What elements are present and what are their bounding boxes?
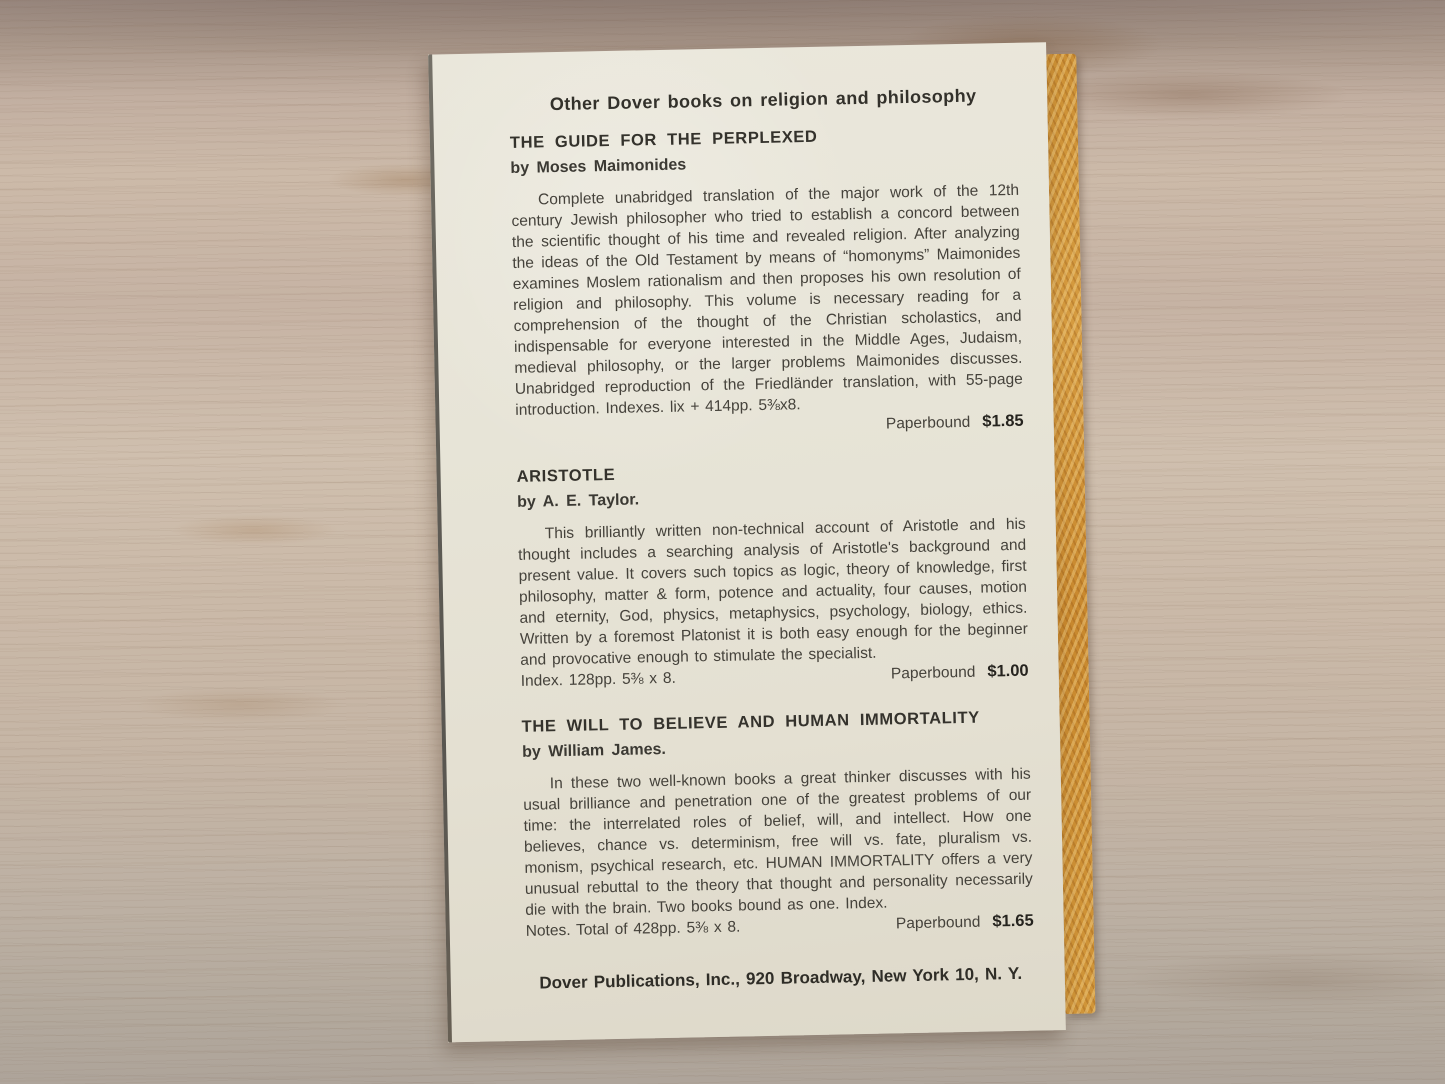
binding-label: Paperbound <box>886 414 971 433</box>
price-value: $1.00 <box>987 662 1029 681</box>
publisher-line: Dover Publications, Inc., 920 Broadway, … <box>527 964 1035 994</box>
listing-description: Complete unabridged translation of the m… <box>511 180 1024 421</box>
listing-description: This brilliantly written non-technical a… <box>518 514 1029 671</box>
cover-heading: Other Dover books on religion and philos… <box>509 85 1017 116</box>
price-value: $1.65 <box>992 912 1034 931</box>
photo-scene: Other Dover books on religion and philos… <box>0 0 1445 1084</box>
book-listing-aristotle: ARISTOTLE by A. E. Taylor. This brillian… <box>516 458 1028 692</box>
price-value: $1.85 <box>982 412 1024 431</box>
listing-description: In these two well-known books a great th… <box>523 764 1034 921</box>
listing-title: THE GUIDE FOR THE PERPLEXED <box>510 124 1018 153</box>
book-listing-will-to-believe: THE WILL TO BELIEVE AND HUMAN IMMORTALIT… <box>521 708 1033 942</box>
listing-title: THE WILL TO BELIEVE AND HUMAN IMMORTALIT… <box>521 708 1029 737</box>
cover-surface: Other Dover books on religion and philos… <box>428 42 1066 1042</box>
binding-label: Paperbound <box>896 914 981 933</box>
price-group: Paperbound$1.00 <box>891 661 1029 685</box>
book-listing-guide-for-the-perplexed: THE GUIDE FOR THE PERPLEXED by Moses Mai… <box>510 124 1024 442</box>
price-group: Paperbound$1.65 <box>896 911 1034 935</box>
price-group: Paperbound$1.85 <box>886 411 1024 435</box>
listing-author: by Moses Maimonides <box>510 150 1018 178</box>
listing-spec: Index. 128pp. 5⅜ x 8. <box>521 668 676 692</box>
listing-spec: Notes. Total of 428pp. 5⅜ x 8. <box>526 917 741 942</box>
listing-author: by A. E. Taylor. <box>517 484 1025 512</box>
listing-author: by William James. <box>522 734 1030 762</box>
book-back-cover: Other Dover books on religion and philos… <box>428 42 1096 1043</box>
listing-title: ARISTOTLE <box>516 458 1024 487</box>
binding-label: Paperbound <box>891 664 976 683</box>
